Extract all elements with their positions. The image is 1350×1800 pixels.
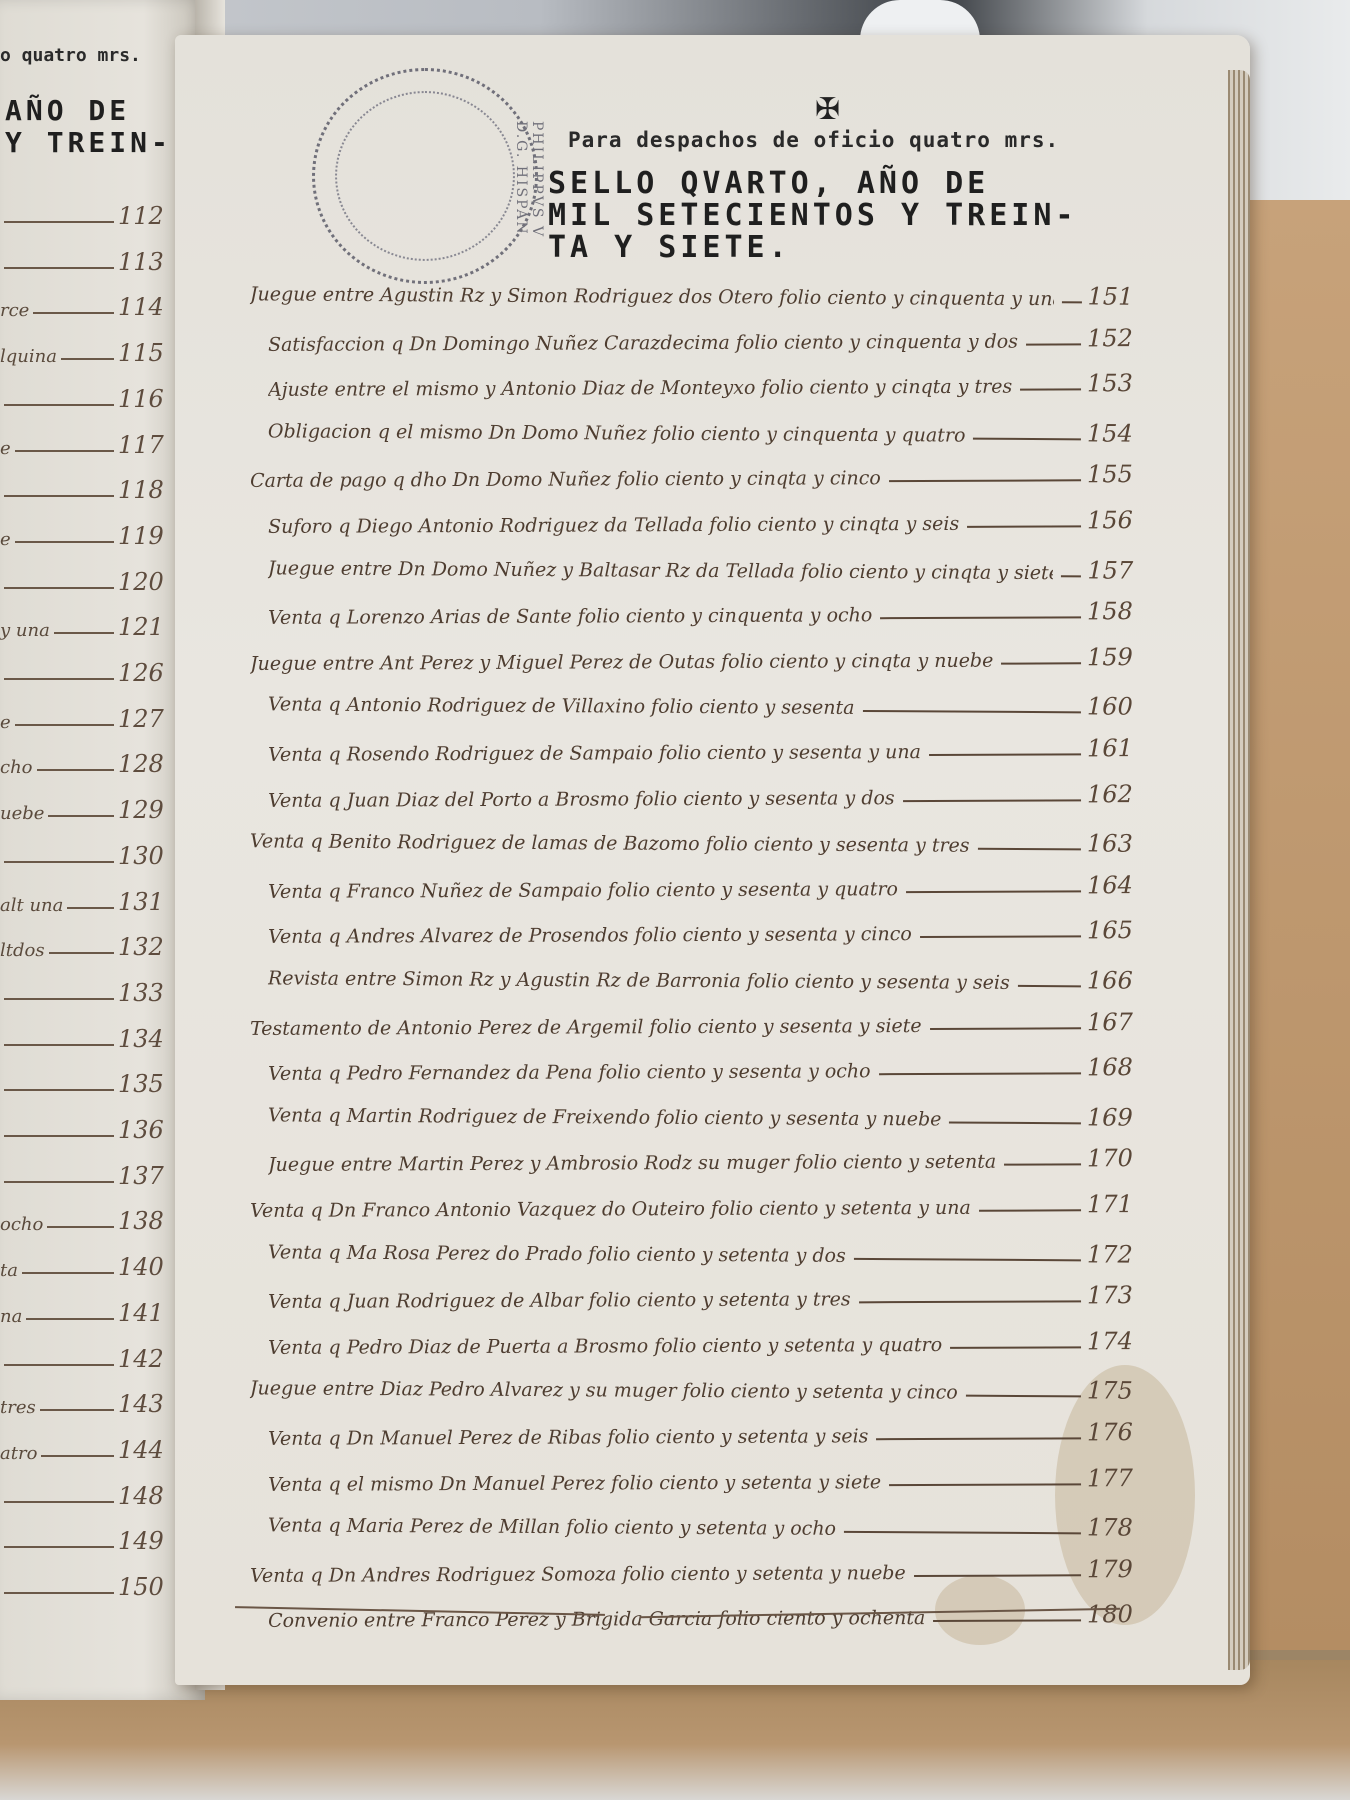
leader-line (933, 1620, 1081, 1623)
left-index-entry: cho128 (0, 738, 170, 778)
leader-line (15, 541, 114, 543)
left-sello-line: Y TREIN- (5, 127, 172, 159)
page-edges (1228, 70, 1250, 1670)
folio-number: 180 (1087, 1600, 1135, 1628)
folio-number: 120 (118, 568, 170, 596)
folio-number: 126 (118, 659, 170, 687)
index-entry: Carta de pago q dho Dn Domo Nuñez folio … (250, 450, 1135, 492)
folio-number: 165 (1087, 916, 1135, 944)
left-index-entry: 120 (0, 556, 170, 596)
entry-tail-text: alt una (0, 895, 63, 916)
folio-number: 131 (118, 888, 170, 916)
left-index-entry: 150 (0, 1561, 170, 1601)
leader-line (859, 1301, 1081, 1304)
left-index-entry: alt una131 (0, 876, 170, 916)
leader-line (862, 710, 1080, 713)
leader-line (889, 1483, 1081, 1486)
index-entry: Venta q Franco Nuñez de Sampaio folio ci… (268, 861, 1135, 903)
entry-tail-text: e (0, 712, 11, 733)
folio-number: 153 (1087, 369, 1135, 397)
left-index-entry: 126 (0, 647, 170, 687)
left-sello-header: AÑO DE Y TREIN- (5, 95, 172, 159)
leader-line (1026, 343, 1081, 345)
entry-tail-text: e (0, 438, 11, 459)
entry-text: Venta q Dn Andres Rodriguez Somoza folio… (250, 1562, 906, 1587)
left-index-entry: ltdos132 (0, 921, 170, 961)
left-index-entry: na141 (0, 1287, 170, 1327)
left-index-entry: 137 (0, 1150, 170, 1190)
folio-number: 112 (118, 202, 170, 230)
leader-line (903, 799, 1081, 802)
folio-number: 175 (1087, 1377, 1135, 1405)
leader-line (1004, 1164, 1081, 1166)
folio-number: 137 (118, 1162, 170, 1190)
entry-text: Venta q Franco Nuñez de Sampaio folio ci… (268, 878, 898, 903)
folio-number: 166 (1087, 966, 1135, 994)
entry-text: Venta q Rosendo Rodriguez de Sampaio fol… (268, 741, 921, 766)
left-index-entry: 136 (0, 1104, 170, 1144)
index-entry: Obligacion q el mismo Dn Domo Nuñez foli… (268, 404, 1135, 447)
folio-number: 157 (1087, 556, 1135, 584)
royal-seal-stamp: PHILIPPVS V D.G. HISPAN (312, 68, 538, 284)
folio-number: 176 (1087, 1418, 1135, 1446)
entry-tail-text: na (0, 1306, 22, 1327)
leader-line (1018, 985, 1081, 987)
folio-number: 161 (1087, 734, 1135, 762)
entry-text: Juegue entre Ant Perez y Miguel Perez de… (250, 649, 993, 674)
folio-number: 113 (118, 248, 170, 276)
left-index-entry: 135 (0, 1058, 170, 1098)
left-index-entry: 112 (0, 190, 170, 230)
folio-number: 136 (118, 1116, 170, 1144)
left-index-entry: atro144 (0, 1424, 170, 1464)
leader-line (1020, 389, 1081, 391)
left-index-entry: 142 (0, 1333, 170, 1373)
folio-number: 133 (118, 979, 170, 1007)
leader-line (4, 998, 114, 1000)
entry-text: Venta q el mismo Dn Manuel Perez folio c… (268, 1471, 881, 1496)
leader-line (41, 1455, 114, 1457)
leader-line (4, 1044, 114, 1046)
index-entry: Venta q Antonio Rodriguez de Villaxino f… (268, 678, 1135, 721)
left-index-entry: lquina115 (0, 327, 170, 367)
folio-number: 171 (1087, 1190, 1135, 1218)
folio-number: 172 (1087, 1240, 1135, 1268)
entry-text: Venta q Antonio Rodriguez de Villaxino f… (268, 694, 855, 720)
entry-text: Venta q Dn Franco Antonio Vazquez do Out… (250, 1197, 971, 1222)
entry-tail-text: ltdos (0, 940, 45, 961)
entry-text: Testamento de Antonio Perez de Argemil f… (250, 1015, 922, 1040)
sello-line: TA Y SIETE. (548, 232, 1128, 264)
entry-text: Suforo q Diego Antonio Rodriguez da Tell… (268, 513, 959, 538)
leader-line (1001, 662, 1081, 664)
folio-number: 177 (1087, 1464, 1135, 1492)
entry-text: Venta q Pedro Fernandez da Pena folio ci… (268, 1060, 871, 1085)
folio-number: 163 (1087, 830, 1135, 858)
folio-number: 130 (118, 842, 170, 870)
index-entry: Venta q Ma Rosa Perez do Prado folio cie… (268, 1225, 1135, 1268)
entry-text: Juegue entre Martin Perez y Ambrosio Rod… (268, 1151, 996, 1176)
index-entry: Venta q Benito Rodriguez de lamas de Baz… (250, 814, 1135, 857)
index-entry: Venta q Dn Franco Antonio Vazquez do Out… (250, 1180, 1135, 1222)
leader-line (4, 404, 114, 406)
left-index-entry: tres143 (0, 1378, 170, 1418)
leader-line (950, 1346, 1081, 1349)
entry-text: Carta de pago q dho Dn Domo Nuñez folio … (250, 468, 881, 493)
folio-number: 129 (118, 796, 170, 824)
index-entry: Venta q Lorenzo Arias de Sante folio cie… (268, 587, 1135, 629)
leader-line (966, 1395, 1081, 1398)
left-index-entry: 130 (0, 830, 170, 870)
entry-text: Convenio entre Franco Perez y Brigida Ga… (268, 1607, 925, 1632)
entry-text: Venta q Juan Rodriguez de Albar folio ci… (268, 1289, 851, 1314)
index-entry: Venta q el mismo Dn Manuel Perez folio c… (268, 1454, 1135, 1496)
folio-number: 114 (118, 293, 170, 321)
leader-line (54, 632, 114, 634)
leader-line (37, 769, 114, 771)
leader-line (914, 1574, 1081, 1577)
entry-tail-text: ta (0, 1260, 18, 1281)
index-entry: Juegue entre Diaz Pedro Alvarez y su mug… (250, 1362, 1135, 1405)
entry-tail-text: cho (0, 757, 33, 778)
folio-number: 150 (118, 1573, 170, 1601)
leader-line (48, 815, 114, 817)
leader-line (1061, 575, 1081, 577)
index-entry: Venta q Pedro Fernandez da Pena folio ci… (268, 1043, 1135, 1085)
leader-line (4, 267, 114, 269)
leader-line (33, 312, 114, 314)
leader-line (4, 1181, 114, 1183)
leader-line (15, 450, 114, 452)
folio-number: 148 (118, 1482, 170, 1510)
entry-text: Venta q Benito Rodriguez de lamas de Baz… (250, 830, 970, 856)
left-printed-line: o quatro mrs. (0, 45, 141, 66)
entry-text: Venta q Dn Manuel Perez de Ribas folio c… (268, 1425, 868, 1450)
seal-inner-ring (335, 91, 515, 261)
left-sello-line: AÑO DE (5, 95, 172, 127)
entry-text: Revista entre Simon Rz y Agustin Rz de B… (268, 967, 1010, 994)
folio-number: 159 (1087, 643, 1135, 671)
index-entry: Testamento de Antonio Perez de Argemil f… (250, 998, 1135, 1040)
entry-text: Venta q Pedro Diaz de Puerta a Brosmo fo… (268, 1334, 942, 1359)
leader-line (929, 753, 1081, 756)
folio-number: 121 (118, 613, 170, 641)
leader-line (979, 1209, 1081, 1211)
leader-line (4, 221, 114, 223)
leader-line (15, 724, 114, 726)
leader-line (22, 1272, 114, 1274)
folio-number: 151 (1087, 282, 1135, 310)
folio-number: 158 (1087, 597, 1135, 625)
left-index-entry: e119 (0, 510, 170, 550)
leader-line (4, 587, 114, 589)
leader-line (4, 1089, 114, 1091)
folio-number: 179 (1087, 1555, 1135, 1583)
folio-number: 164 (1087, 871, 1135, 899)
leader-line (4, 1546, 114, 1548)
leader-line (949, 1121, 1081, 1124)
index-entry: Juegue entre Dn Domo Nuñez y Baltasar Rz… (268, 541, 1135, 584)
entry-tail-text: e (0, 529, 11, 550)
left-index-entry: y una121 (0, 601, 170, 641)
leader-line (4, 495, 114, 497)
leader-line (4, 1364, 114, 1366)
folio-number: 155 (1087, 460, 1135, 488)
folio-number: 119 (118, 522, 170, 550)
folio-number: 154 (1087, 419, 1135, 447)
cross-ornament-icon: ✠ (815, 92, 840, 127)
folio-number: 169 (1087, 1103, 1135, 1131)
entry-text: Venta q Andres Alvarez de Prosendos foli… (268, 923, 912, 948)
folio-number: 178 (1087, 1514, 1135, 1542)
leader-line (880, 617, 1081, 620)
wooden-cabinet (1240, 200, 1350, 1650)
entry-text: Venta q Martin Rodriguez de Freixendo fo… (268, 1104, 942, 1130)
folio-number: 140 (118, 1253, 170, 1281)
folio-number: 160 (1087, 693, 1135, 721)
leader-line (4, 678, 114, 680)
entry-text: Venta q Juan Diaz del Porto a Brosmo fol… (268, 787, 895, 812)
leader-line (47, 1226, 114, 1228)
folio-number: 128 (118, 750, 170, 778)
sello-line: MIL SETECIENTOS Y TREIN- (548, 200, 1128, 232)
index-entry: Venta q Dn Andres Rodriguez Somoza folio… (250, 1545, 1135, 1587)
index-entry: Suforo q Diego Antonio Rodriguez da Tell… (268, 496, 1135, 538)
folio-number: 149 (118, 1527, 170, 1555)
folio-number: 142 (118, 1345, 170, 1373)
leader-line (879, 1073, 1081, 1076)
index-entry: Venta q Juan Diaz del Porto a Brosmo fol… (268, 770, 1135, 812)
index-entry: Venta q Martin Rodriguez de Freixendo fo… (268, 1088, 1135, 1131)
index-entry: Ajuste entre el mismo y Antonio Diaz de … (268, 359, 1135, 401)
left-index-entry: 113 (0, 236, 170, 276)
index-entry: Venta q Rosendo Rodriguez de Sampaio fol… (268, 724, 1135, 766)
folio-number: 115 (118, 339, 170, 367)
folio-number: 167 (1087, 1008, 1135, 1036)
left-index-entry: e117 (0, 419, 170, 459)
entry-text: Ajuste entre el mismo y Antonio Diaz de … (268, 376, 1012, 401)
folio-number: 156 (1087, 506, 1135, 534)
entry-tail-text: y una (0, 620, 50, 641)
seal-legend: PHILIPPVS V D.G. HISPAN (513, 121, 545, 281)
folio-number: 132 (118, 933, 170, 961)
entry-tail-text: ocho (0, 1214, 43, 1235)
leader-line (889, 480, 1081, 483)
leader-line (920, 936, 1081, 939)
sello-line: SELLO QVARTO, AÑO DE (548, 168, 1128, 200)
leader-line (49, 952, 114, 954)
folio-number: 116 (118, 385, 170, 413)
entry-text: Satisfaccion q Dn Domingo Nuñez Carazdec… (268, 330, 1018, 355)
left-index-entry: ta140 (0, 1241, 170, 1281)
printed-fee-line: Para despachos de oficio quatro mrs. (568, 128, 1059, 152)
leader-line (967, 525, 1081, 527)
index-entry: Venta q Dn Manuel Perez de Ribas folio c… (268, 1408, 1135, 1450)
leader-line (1062, 301, 1082, 303)
left-index-entry: 118 (0, 464, 170, 504)
folio-number: 134 (118, 1025, 170, 1053)
leader-line (4, 861, 114, 863)
entry-text: Venta q Lorenzo Arias de Sante folio cie… (268, 604, 872, 629)
folio-number: 168 (1087, 1053, 1135, 1081)
sello-quarto-header: SELLO QVARTO, AÑO DE MIL SETECIENTOS Y T… (548, 168, 1128, 264)
leader-line (930, 1027, 1081, 1030)
entry-text: Venta q Ma Rosa Perez do Prado folio cie… (268, 1241, 846, 1267)
entry-tail-text: tres (0, 1397, 36, 1418)
folio-number: 143 (118, 1390, 170, 1418)
left-index-entry: 134 (0, 1013, 170, 1053)
folio-number: 173 (1087, 1281, 1135, 1309)
leader-line (973, 437, 1081, 440)
left-index-entry: 133 (0, 967, 170, 1007)
index-entry: Juegue entre Martin Perez y Ambrosio Rod… (268, 1134, 1135, 1176)
leader-line (26, 1318, 114, 1320)
folio-number: 152 (1087, 324, 1135, 352)
leader-line (4, 1592, 114, 1594)
folio-number: 170 (1087, 1144, 1135, 1172)
folio-number: 174 (1087, 1327, 1135, 1355)
folio-number: 162 (1087, 780, 1135, 808)
leader-line (978, 848, 1081, 851)
left-index-entry: 149 (0, 1515, 170, 1555)
folio-number: 127 (118, 705, 170, 733)
index-entry: Venta q Juan Rodriguez de Albar folio ci… (268, 1271, 1135, 1313)
folio-number: 138 (118, 1207, 170, 1235)
leader-line (844, 1531, 1081, 1534)
entry-text: Venta q Maria Perez de Millan folio cien… (268, 1515, 836, 1540)
leader-line (876, 1437, 1081, 1440)
index-entry: Venta q Pedro Diaz de Puerta a Brosmo fo… (268, 1317, 1135, 1359)
left-index-entry: e127 (0, 693, 170, 733)
leader-line (40, 1409, 114, 1411)
entry-text: Obligacion q el mismo Dn Domo Nuñez foli… (268, 420, 966, 446)
leader-line (61, 358, 114, 360)
entry-tail-text: lquina (0, 346, 57, 367)
left-index-entry: ocho138 (0, 1195, 170, 1235)
folio-number: 135 (118, 1070, 170, 1098)
folio-number: 118 (118, 476, 170, 504)
index-entry: Revista entre Simon Rz y Agustin Rz de B… (268, 951, 1135, 994)
index-entry: Satisfaccion q Dn Domingo Nuñez Carazdec… (268, 314, 1135, 356)
entry-tail-text: rce (0, 300, 29, 321)
left-index-entry: uebe129 (0, 784, 170, 824)
folio-number: 144 (118, 1436, 170, 1464)
entry-text: Juegue entre Dn Domo Nuñez y Baltasar Rz… (268, 557, 1054, 584)
index-entry: Venta q Andres Alvarez de Prosendos foli… (268, 906, 1135, 948)
leader-line (906, 890, 1081, 893)
leader-line (67, 907, 114, 909)
index-entry: Venta q Maria Perez de Millan folio cien… (268, 1499, 1135, 1542)
entry-tail-text: uebe (0, 803, 44, 824)
leader-line (854, 1258, 1081, 1261)
index-entry: Juegue entre Agustin Rz y Simon Rodrigue… (250, 267, 1135, 310)
folio-number: 117 (118, 431, 170, 459)
left-index-entry: rce114 (0, 281, 170, 321)
entry-tail-text: atro (0, 1443, 37, 1464)
left-index-entry: 148 (0, 1470, 170, 1510)
index-entry: Juegue entre Ant Perez y Miguel Perez de… (250, 633, 1135, 675)
leader-line (4, 1501, 114, 1503)
left-index-entry: 116 (0, 373, 170, 413)
folio-number: 141 (118, 1299, 170, 1327)
leader-line (4, 1135, 114, 1137)
